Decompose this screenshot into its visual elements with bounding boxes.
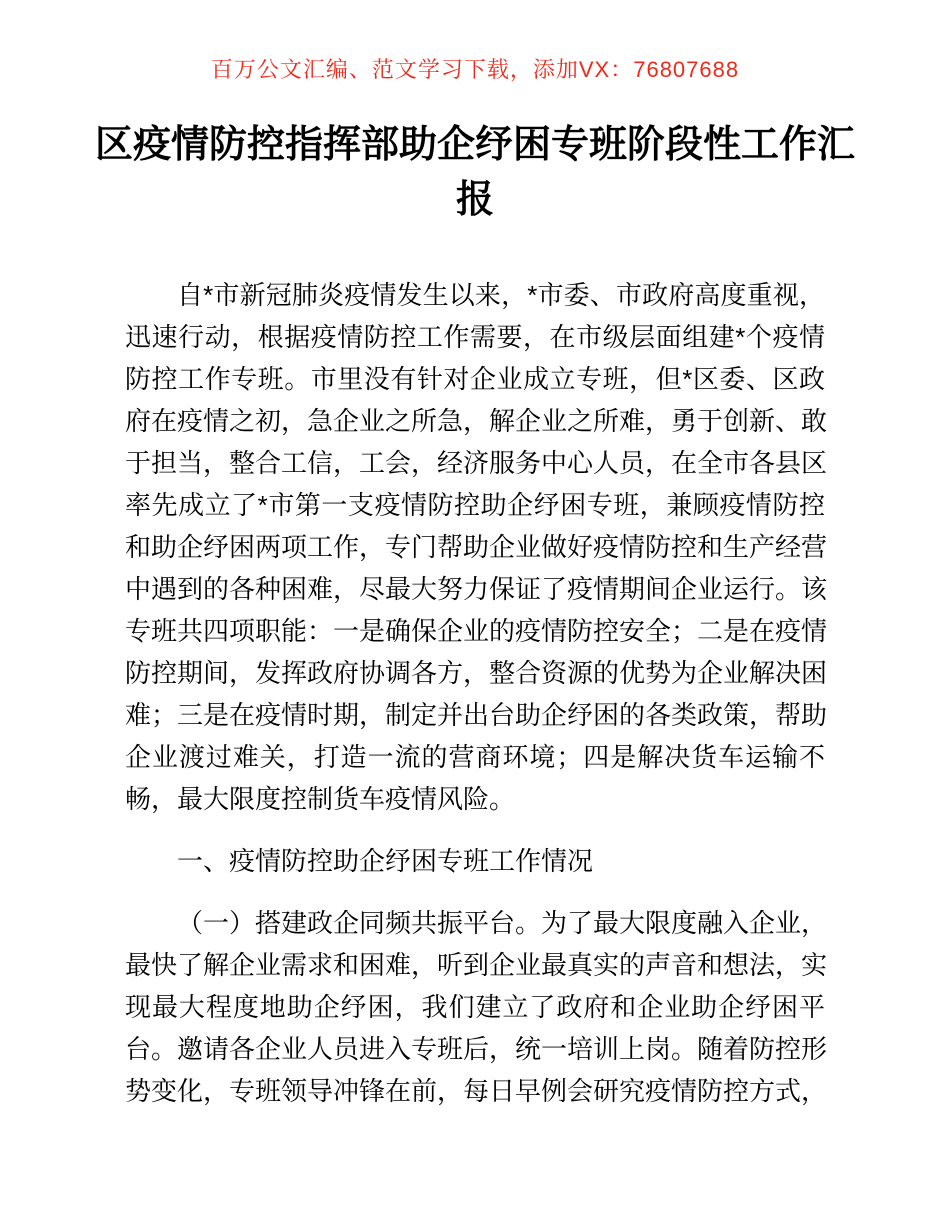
text-line: （一）搭建政企同频共振平台。为了最大限度融入企业， (125, 902, 825, 944)
text-line: 势变化，专班领导冲锋在前，每日早例会研究疫情防控方式， (125, 1070, 825, 1112)
text-line: 现最大程度地助企纾困，我们建立了政府和企业助企纾困平 (125, 986, 825, 1028)
text-line: 企业渡过难关，打造一流的营商环境；四是解决货车运输不 (125, 736, 825, 778)
text-line: 迅速行动，根据疫情防控工作需要，在市级层面组建*个疫情 (125, 316, 825, 358)
text-line: 难；三是在疫情时期，制定并出台助企纾困的各类政策，帮助 (125, 694, 825, 736)
paragraph-1: 自*市新冠肺炎疫情发生以来，*市委、市政府高度重视， 迅速行动，根据疫情防控工作… (125, 274, 825, 820)
section-heading-1: 一、疫情防控助企纾困专班工作情况 (125, 840, 825, 882)
text-line: 防控工作专班。市里没有针对企业成立专班，但*区委、区政 (125, 358, 825, 400)
text-line: 专班共四项职能：一是确保企业的疫情防控安全；二是在疫情 (125, 610, 825, 652)
document-body: 自*市新冠肺炎疫情发生以来，*市委、市政府高度重视， 迅速行动，根据疫情防控工作… (125, 274, 825, 1112)
document-page: 百万公文汇编、范文学习下载，添加VX：76807688 区疫情防控指挥部助企纾困… (0, 0, 950, 1230)
promo-header-text: 百万公文汇编、范文学习下载，添加VX：76807688 (0, 0, 950, 84)
paragraph-2: （一）搭建政企同频共振平台。为了最大限度融入企业， 最快了解企业需求和困难，听到… (125, 902, 825, 1112)
text-line: 最快了解企业需求和困难，听到企业最真实的声音和想法，实 (125, 944, 825, 986)
text-line: 于担当，整合工信，工会，经济服务中心人员，在全市各县区 (125, 442, 825, 484)
text-line: 畅，最大限度控制货车疫情风险。 (125, 778, 825, 820)
text-line: 府在疫情之初，急企业之所急，解企业之所难，勇于创新、敢 (125, 400, 825, 442)
text-line: 台。邀请各企业人员进入专班后，统一培训上岗。随着防控形 (125, 1028, 825, 1070)
heading-text: 一、疫情防控助企纾困专班工作情况 (125, 840, 825, 882)
text-line: 中遇到的各种困难，尽最大努力保证了疫情期间企业运行。该 (125, 568, 825, 610)
text-line: 率先成立了*市第一支疫情防控助企纾困专班，兼顾疫情防控 (125, 484, 825, 526)
page-title: 区疫情防控指挥部助企纾困专班阶段性工作汇报 (85, 118, 865, 228)
text-line: 自*市新冠肺炎疫情发生以来，*市委、市政府高度重视， (125, 274, 825, 316)
text-line: 和助企纾困两项工作，专门帮助企业做好疫情防控和生产经营 (125, 526, 825, 568)
text-line: 防控期间，发挥政府协调各方，整合资源的优势为企业解决困 (125, 652, 825, 694)
